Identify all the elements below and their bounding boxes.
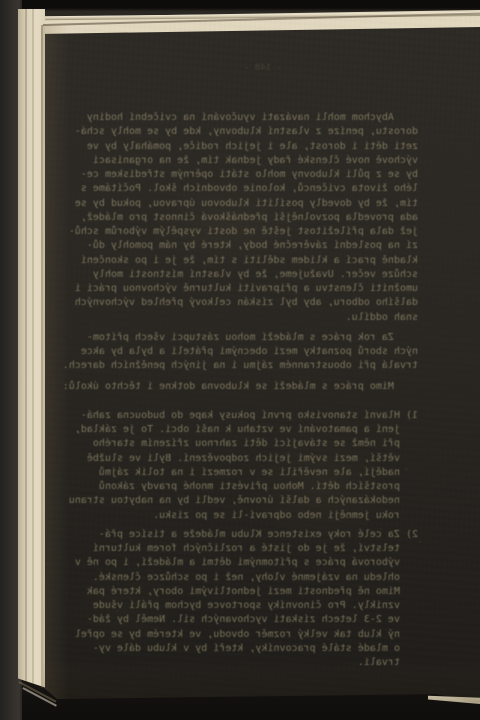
photographed-book-page-scene: - 148 - Abychom mohli navázati vyučování…	[0, 0, 480, 720]
bleed-paragraph: Abychom mohli navázati vyučování na cvič…	[60, 111, 418, 325]
bleed-text-line: roku jemněji nebo odpraví-li se po zisku…	[60, 509, 418, 523]
bleed-text-line: dalšího odboru, aby byl získán celkový p…	[60, 296, 418, 310]
bleed-text-line: ohledu na vzájemné vlohy, než i po schůz…	[60, 571, 418, 585]
dust-speck	[92, 323, 94, 325]
bleed-text-line: zeti děti i dorost, ale i jejich rodiče,…	[60, 140, 418, 154]
bleed-text-line: kladně prací a klidem sděliti s tím, že …	[60, 254, 418, 268]
blank-verso-page: - 148 - Abychom mohli navázati vyučování…	[0, 0, 480, 720]
bleed-text-line: o mladé stálé pracovníky, kteří by v klu…	[60, 642, 418, 656]
bleed-text-line: tím, že by dovedly posíliti klubovou úpr…	[60, 197, 418, 211]
bleed-text-line: větší, mezi svými jejich zodpovězení. By…	[60, 452, 418, 466]
page-left-crease	[41, 25, 43, 688]
bleed-text-line: umožniti členstvu a připraviti kulturně …	[60, 282, 418, 296]
dust-speck	[419, 541, 421, 543]
bleed-text-line: 1) Hlavní stanovisko první pokusy kape d…	[60, 409, 418, 423]
dust-speck	[380, 528, 382, 530]
bleed-text-line: zí na poslední závěrečné body, které by …	[60, 239, 418, 253]
dust-speck	[347, 515, 349, 517]
bleed-text-line: ných sborů poznatky mezi obecnými přátel…	[60, 345, 418, 359]
bleed-text-line: Mimo ně přednosti mezi jednotlivými obor…	[60, 585, 418, 599]
dust-speck	[405, 468, 408, 471]
bleed-text-line: schůze večer. Uvažujeme, že by vlastní m…	[60, 268, 418, 282]
dust-speck	[293, 516, 295, 518]
bleed-text-line: telství, že je do jisté a rozličných for…	[60, 542, 418, 556]
dust-speck	[70, 336, 72, 338]
bleed-through-text-block: Abychom mohli navázati vyučování na cvič…	[60, 111, 418, 670]
page-edge-ridge	[32, 9, 34, 702]
bleed-text-line: dorostu, peníze z vlastní klubovny, kde …	[60, 125, 418, 139]
page-edge-ridge	[25, 9, 27, 702]
bleed-paragraph: 1) Hlavní stanovisko první pokusy kape d…	[60, 409, 418, 523]
bleed-text-line: výborová práce s přítomnými dětmi a mlád…	[60, 556, 418, 570]
bleed-text-line: ve 2-3 letech získati vychovaných sil. N…	[60, 613, 418, 627]
bleed-text-line: by se z půli klubovny mohlo státi opěrný…	[60, 168, 418, 182]
bleed-text-line: ada provedla pozvolnější přednášková čin…	[60, 211, 418, 225]
bleed-text-line: při němž se stávající děti zahrnou zříze…	[60, 437, 418, 451]
bleed-text-line: Abychom mohli navázati vyučování na cvič…	[60, 111, 418, 125]
bleed-text-line: trvalá při oboustranném zájmu i na jinýc…	[60, 359, 418, 373]
bleed-paragraph: Mimo práce s mládeží se klubovna dotkne …	[60, 380, 418, 394]
dust-speck	[62, 117, 64, 119]
bleed-text-line: 2) Za celé roky existence Klubu mládeže …	[60, 528, 418, 542]
dust-speck	[412, 312, 415, 315]
bleed-text-line: prostších dětí. Mohou přivésti mnohé pra…	[60, 480, 418, 494]
bleed-text-line: ný klub tak velký rozměr obvodu, ve kter…	[60, 628, 418, 642]
bleed-text-line: vznikly. Pro činovníky sportovce bychom …	[60, 599, 418, 613]
bleed-text-line: nadějí, ale nevěřili se v rozmezí i na t…	[60, 466, 418, 480]
bleed-paragraph: Za rok práce s mládeží mohou zástupci vš…	[60, 331, 418, 374]
bleed-through-page-number: - 148 -	[228, 63, 298, 73]
bleed-paragraph: 2) Za celé roky existence Klubu mládeže …	[60, 528, 418, 671]
bleed-text-line: jení a pamatování ve vztahu k naší obci.…	[60, 423, 418, 437]
bleed-text-line: výchově nové členské řady jednak tím, že…	[60, 154, 418, 168]
dust-speck	[357, 108, 359, 110]
bleed-text-line: lého života cvičenců, kolonie obvodních …	[60, 182, 418, 196]
bleed-text-line: Za rok práce s mládeží mohou zástupci vš…	[60, 331, 418, 345]
bleed-text-line: Mimo práce s mládeží se klubovna dotkne …	[60, 380, 418, 394]
bleed-text-line: snah oddílu.	[60, 311, 418, 325]
bleed-text-line: trvali.	[60, 656, 418, 670]
bleed-text-line: nedokázaných a další úrovně, vedli by na…	[60, 494, 418, 508]
bleed-text-line: jež dala příležitost ještě ne dosti vysp…	[60, 225, 418, 239]
